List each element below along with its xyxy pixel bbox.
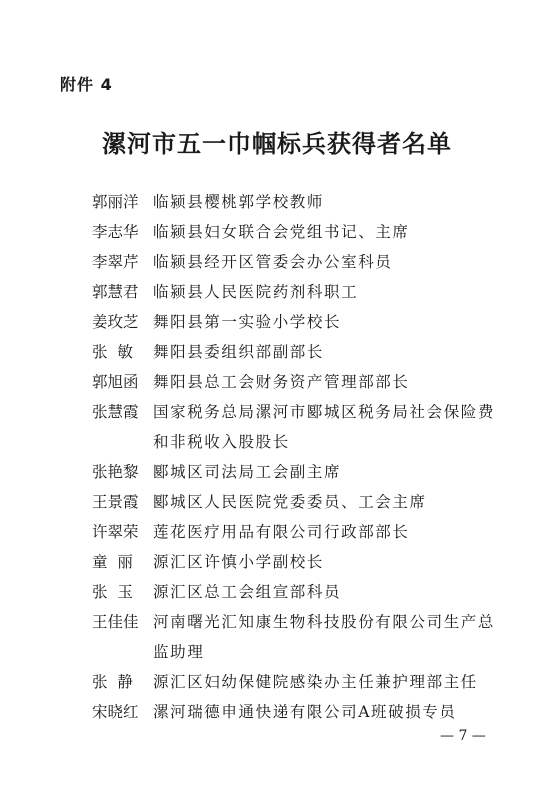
honoree-duty: 舞阳县委组织部副部长 — [153, 337, 512, 367]
list-item: 张 敏舞阳县委组织部副部长 — [92, 337, 512, 367]
honoree-name: 郭旭函 — [92, 367, 153, 397]
honoree-name: 童 丽 — [92, 547, 153, 577]
honoree-name: 张艳黎 — [92, 457, 153, 487]
honoree-duty: 临颍县妇女联合会党组书记、主席 — [153, 217, 512, 247]
honoree-duty: 临颍县人民医院药剂科职工 — [153, 277, 512, 307]
list-item: 张慧霞国家税务总局漯河市郾城区税务局社会保险费和非税收入股股长 — [92, 397, 512, 457]
honoree-name: 张 玉 — [92, 577, 153, 607]
list-item: 郭慧君临颍县人民医院药剂科职工 — [92, 277, 512, 307]
honoree-duty: 源汇区总工会组宣部科员 — [153, 577, 512, 607]
honoree-name: 郭慧君 — [92, 277, 153, 307]
honoree-name: 许翠荣 — [92, 517, 153, 547]
document-title: 漯河市五一巾帼标兵获得者名单 — [0, 124, 554, 159]
honoree-name: 张慧霞 — [92, 397, 153, 457]
honoree-list: 郭丽洋临颍县樱桃郭学校教师 李志华临颍县妇女联合会党组书记、主席 李翠芹临颍县经… — [92, 187, 512, 727]
honoree-duty: 河南曙光汇知康生物科技股份有限公司生产总监助理 — [153, 607, 512, 667]
honoree-name: 李翠芹 — [92, 247, 153, 277]
list-item: 郭旭函舞阳县总工会财务资产管理部部长 — [92, 367, 512, 397]
honoree-name: 王景霞 — [92, 487, 153, 517]
list-item: 张 静源汇区妇幼保健院感染办主任兼护理部主任 — [92, 667, 512, 697]
honoree-name: 宋晓红 — [92, 697, 153, 727]
honoree-duty: 国家税务总局漯河市郾城区税务局社会保险费和非税收入股股长 — [153, 397, 512, 457]
list-item: 李翠芹临颍县经开区管委会办公室科员 — [92, 247, 512, 277]
honoree-duty: 源汇区许慎小学副校长 — [153, 547, 512, 577]
list-item: 许翠荣莲花医疗用品有限公司行政部部长 — [92, 517, 512, 547]
honoree-name: 郭丽洋 — [92, 187, 153, 217]
list-item: 李志华临颍县妇女联合会党组书记、主席 — [92, 217, 512, 247]
list-item: 童 丽源汇区许慎小学副校长 — [92, 547, 512, 577]
attachment-label: 附件 4 — [60, 72, 113, 95]
honoree-duty: 郾城区人民医院党委委员、工会主席 — [153, 487, 512, 517]
honoree-duty: 郾城区司法局工会副主席 — [153, 457, 512, 487]
honoree-duty: 源汇区妇幼保健院感染办主任兼护理部主任 — [153, 667, 512, 697]
list-item: 宋晓红漯河瑞德申通快递有限公司A班破损专员 — [92, 697, 512, 727]
list-item: 张艳黎郾城区司法局工会副主席 — [92, 457, 512, 487]
honoree-duty: 临颍县樱桃郭学校教师 — [153, 187, 512, 217]
honoree-duty: 舞阳县总工会财务资产管理部部长 — [153, 367, 512, 397]
honoree-name: 张 静 — [92, 667, 153, 697]
list-item: 郭丽洋临颍县樱桃郭学校教师 — [92, 187, 512, 217]
honoree-name: 张 敏 — [92, 337, 153, 367]
honoree-name: 王佳佳 — [92, 607, 153, 667]
honoree-name: 姜玫芝 — [92, 307, 153, 337]
honoree-duty: 莲花医疗用品有限公司行政部部长 — [153, 517, 512, 547]
honoree-duty: 漯河瑞德申通快递有限公司A班破损专员 — [153, 697, 512, 727]
list-item: 王景霞郾城区人民医院党委委员、工会主席 — [92, 487, 512, 517]
honoree-duty: 临颍县经开区管委会办公室科员 — [153, 247, 512, 277]
list-item: 王佳佳河南曙光汇知康生物科技股份有限公司生产总监助理 — [92, 607, 512, 667]
list-item: 张 玉源汇区总工会组宣部科员 — [92, 577, 512, 607]
honoree-duty: 舞阳县第一实验小学校长 — [153, 307, 512, 337]
honoree-name: 李志华 — [92, 217, 153, 247]
page-number: — 7 — — [440, 728, 486, 744]
list-item: 姜玫芝舞阳县第一实验小学校长 — [92, 307, 512, 337]
